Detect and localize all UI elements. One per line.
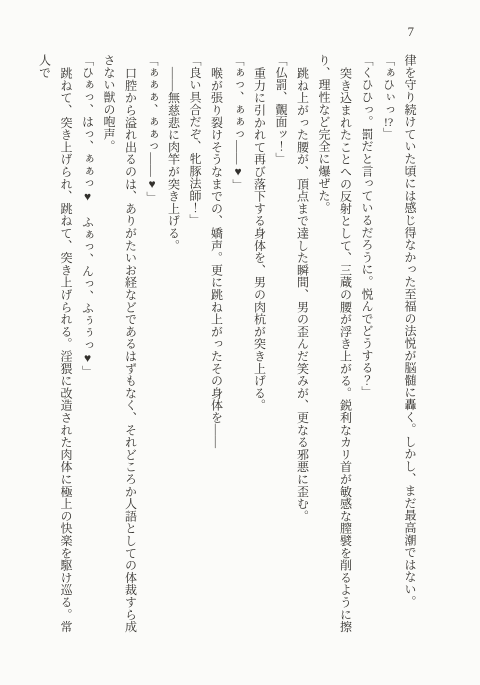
novel-page: 7 律を守り続けていた頃には感じ得なかった至福の法悦が脳髄に轟く。しかし、まだ最… bbox=[0, 0, 480, 685]
tcy-punctuation: !? bbox=[382, 116, 396, 128]
paragraph: 「良い具合だぞ、牝豚法師！」 bbox=[184, 54, 206, 644]
text-body: 律を守り続けていた頃には感じ得なかった至福の法悦が脳髄に轟く。しかし、まだ最高潮… bbox=[33, 54, 420, 644]
paragraph: 口腔から溢れ出るのは、ありがたいお経などであるはずもなく、それどころか人語として… bbox=[98, 54, 141, 644]
page-number: 7 bbox=[408, 24, 415, 40]
paragraph: 突き込まれたことへの反射として、三蔵の腰が浮き上がる。鋭利なカリ首が敏感な膣襞を… bbox=[313, 54, 356, 644]
paragraph: ――無慈悲に肉竿が突き上げる。 bbox=[162, 54, 184, 644]
paragraph: 跳ねて、突き上げられ、跳ねて、突き上げられる。淫猥に改造された肉体に極上の快楽を… bbox=[33, 54, 76, 644]
paragraph: 律を守り続けていた頃には感じ得なかった至福の法悦が脳髄に轟く。しかし、まだ最高潮… bbox=[399, 54, 421, 644]
paragraph: 「くひひっ。罰だと言っているだろうに。悦んでどうする？」 bbox=[356, 54, 378, 644]
paragraph: 重力に引かれて再び落下する身体を、男の肉杭が突き上げる。 bbox=[248, 54, 270, 644]
paragraph: 喉が張り裂けそうなまでの、嬌声。更に跳ね上がったその身体を―― bbox=[205, 54, 227, 644]
paragraph: 「ぁぁぁ、ぁぁっ――♥」 bbox=[141, 54, 163, 644]
paragraph: 「仏罰、覿面ッ！」 bbox=[270, 54, 292, 644]
paragraph: 「ぁひぃっ!?」 bbox=[377, 54, 399, 644]
paragraph: 跳ね上がった腰が、頂点まで達した瞬間、男の歪んだ笑みが、更なる邪悪に歪む。 bbox=[291, 54, 313, 644]
paragraph: 「ぁっ、ぁぁっ――♥」 bbox=[227, 54, 249, 644]
paragraph: 「ひぁっ、はっ、ぁぁっ♥ ふぁっ、んっ、ふぅぅっ♥」 bbox=[76, 54, 98, 644]
